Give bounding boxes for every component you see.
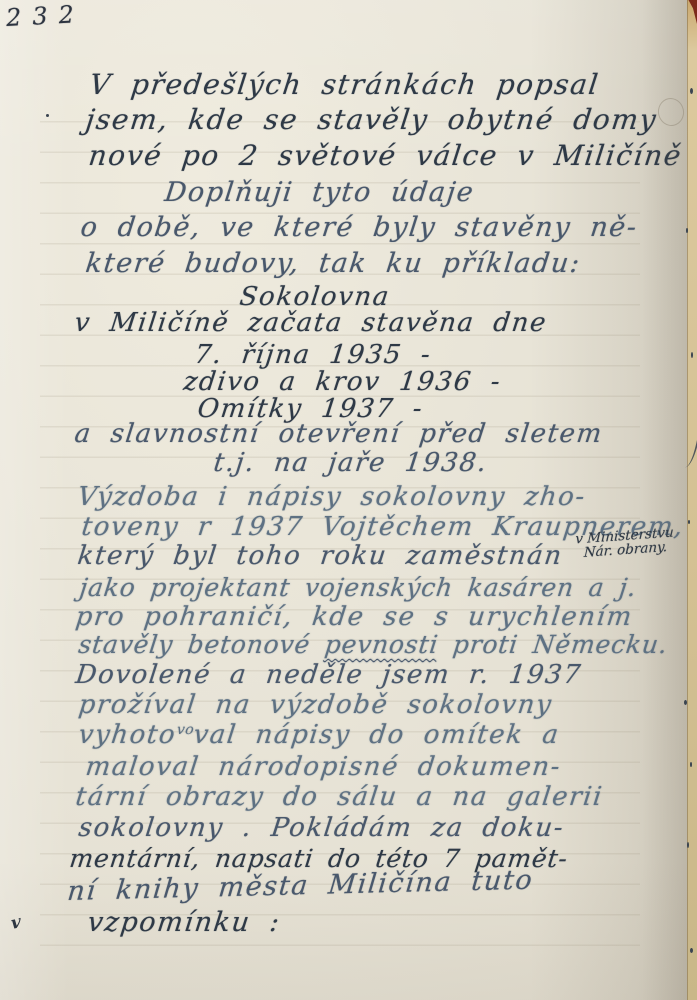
pressure-ring-mark bbox=[655, 96, 686, 129]
handwritten-line-18: pro pohraničí, kde se s urychlením bbox=[74, 604, 634, 631]
handwritten-line-24: tární obrazy do sálu a na galerii bbox=[74, 784, 605, 811]
handwritten-line-1: V předešlých stránkách popsal bbox=[88, 70, 601, 99]
handwritten-line-28: vzpomínku : bbox=[86, 909, 282, 937]
margin-check-mark: v bbox=[10, 912, 21, 935]
handwritten-line-5: o době, ve které byly stavěny ně- bbox=[79, 214, 639, 242]
handwritten-line-14: Výzdoba i nápisy sokolovny zho- bbox=[76, 484, 587, 511]
line-22-post: val nápisy do omítek a bbox=[192, 720, 562, 750]
line-19-post: proti Německu. bbox=[437, 630, 670, 659]
handwritten-line-20: Dovolené a neděle jsem r. 1937 bbox=[74, 662, 583, 689]
handwritten-line-6: které budovy, tak ku příkladu: bbox=[84, 250, 582, 278]
ink-speck bbox=[684, 700, 687, 705]
page-number: 232 bbox=[5, 0, 85, 32]
ink-speck bbox=[691, 352, 693, 358]
handwritten-line-19: stavěly betonové pevnosti proti Německu. bbox=[77, 632, 669, 658]
inserted-letters: vo bbox=[176, 722, 195, 738]
ink-speck bbox=[686, 228, 688, 233]
handwritten-line-17: jako projektant vojenských kasáren a j. bbox=[78, 575, 638, 601]
underlined-word-pevnosti: pevnosti bbox=[323, 630, 440, 659]
ink-speck bbox=[690, 762, 692, 767]
handwritten-line-2: jsem, kde se stavěly obytné domy bbox=[84, 105, 659, 134]
handwritten-line-12: a slavnostní otevření před sletem bbox=[73, 421, 605, 448]
handwritten-line-21: prožíval na výzdobě sokolovny bbox=[77, 692, 554, 719]
handwritten-line-3: nové po 2 světové válce v Miličíně . bbox=[87, 141, 697, 170]
ink-speck bbox=[690, 88, 693, 94]
line-22-pre: vyhoto bbox=[77, 720, 178, 750]
handwritten-line-22: vyhotovoval nápisy do omítek a bbox=[77, 722, 561, 749]
line-19-pre: stavěly betonové bbox=[77, 630, 327, 659]
page-edge-strip bbox=[687, 0, 697, 1000]
ink-speck bbox=[46, 114, 49, 117]
ink-speck bbox=[687, 842, 689, 848]
handwritten-line-9: 7. října 1935 - bbox=[193, 342, 433, 369]
handwritten-line-4: Doplňuji tyto údaje bbox=[163, 179, 476, 207]
ink-speck bbox=[690, 948, 693, 953]
ink-speck bbox=[688, 520, 690, 524]
handwritten-line-8: v Miličíně začata stavěna dne bbox=[73, 310, 549, 337]
handwritten-line-10: zdivo a krov 1936 - bbox=[182, 369, 503, 396]
handwritten-line-25: sokolovny . Pokládám za doku- bbox=[77, 815, 566, 842]
chronicle-page: 232 V předešlých stránkách popsal jsem, … bbox=[0, 0, 697, 1000]
handwritten-line-16: který byl toho roku zaměstnán bbox=[76, 543, 564, 570]
handwritten-line-23: maloval národopisné dokumen- bbox=[84, 754, 563, 781]
interlinear-annotation: v Ministerstvu Nár. obrany. bbox=[575, 525, 674, 560]
handwritten-line-13: t.j. na jaře 1938. bbox=[212, 450, 489, 477]
